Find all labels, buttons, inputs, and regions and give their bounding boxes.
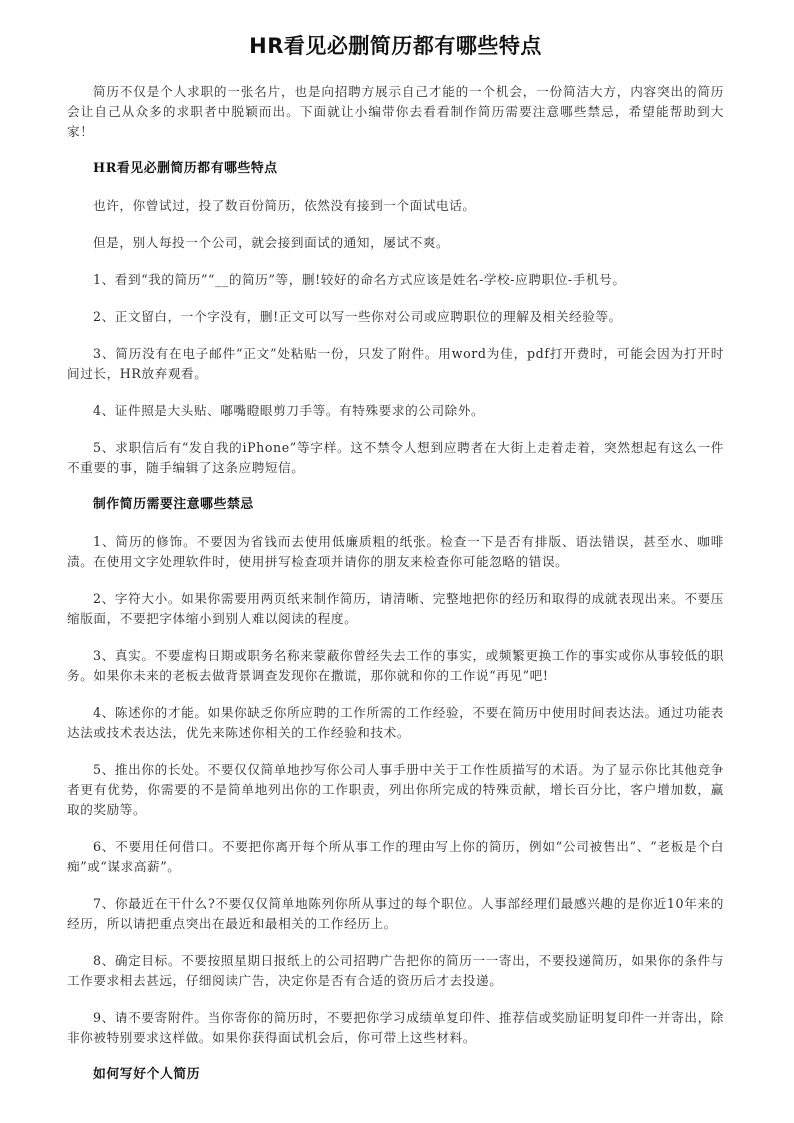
list-item: 6、不要用任何借口。不要把你离开每个所从事工作的理由写上你的简历，例如“公司被售… [67, 837, 724, 877]
list-item: 2、正文留白，一个字没有，删!正文可以写一些你对公司或应聘职位的理解及相关经验等… [67, 307, 724, 327]
section-1: HR看见必删简历都有哪些特点 也许，你曾试过，投了数百份简历，依然没有接到一个面… [67, 159, 724, 478]
section-3: 如何写好个人简历 [67, 1065, 724, 1085]
paragraph: 但是，别人每投一个公司，就会接到面试的通知，屡试不爽。 [67, 233, 724, 253]
section-heading: HR看见必删简历都有哪些特点 [67, 159, 724, 179]
list-item: 4、陈述你的才能。如果你缺乏你所应聘的工作所需的工作经验，不要在简历中使用时间表… [67, 703, 724, 743]
document-page: HR看见必删简历都有哪些特点 简历不仅是个人求职的一张名片，也是向招聘方展示自己… [67, 30, 724, 1102]
section-heading: 如何写好个人简历 [67, 1065, 724, 1085]
list-item: 1、看到“我的简历”“__的简历”等，删!较好的命名方式应该是姓名-学校-应聘职… [67, 270, 724, 290]
section-2: 制作简历需要注意哪些禁忌 1、简历的修饰。不要因为省钱而去使用低廉质粗的纸张。检… [67, 495, 724, 1048]
document-title: HR看见必删简历都有哪些特点 [67, 30, 724, 62]
section-heading: 制作简历需要注意哪些禁忌 [67, 495, 724, 515]
list-item: 9、请不要寄附件。当你寄你的简历时，不要把你学习成绩单复印件、推荐信或奖励证明复… [67, 1008, 724, 1048]
list-item: 2、字符大小。如果你需要用两页纸来制作简历，请清晰、完整地把你的经历和取得的成就… [67, 589, 724, 629]
intro-paragraph: 简历不仅是个人求职的一张名片，也是向招聘方展示自己才能的一个机会，一份简洁大方，… [67, 82, 724, 142]
list-item: 1、简历的修饰。不要因为省钱而去使用低廉质粗的纸张。检查一下是否有排版、语法错误… [67, 532, 724, 572]
paragraph: 也许，你曾试过，投了数百份简历，依然没有接到一个面试电话。 [67, 196, 724, 216]
list-item: 8、确定目标。不要按照星期日报纸上的公司招聘广告把你的简历一一寄出，不要投递简历… [67, 951, 724, 991]
list-item: 5、推出你的长处。不要仅仅简单地抄写你公司人事手册中关于工作性质描写的术语。为了… [67, 760, 724, 820]
list-item: 3、简历没有在电子邮件“正文”处粘贴一份，只发了附件。用word为佳，pdf打开… [67, 344, 724, 384]
list-item: 3、真实。不要虚构日期或职务名称来蒙蔽你曾经失去工作的事实，或频繁更换工作的事实… [67, 646, 724, 686]
list-item: 4、证件照是大头贴、嘟嘴瞪眼剪刀手等。有特殊要求的公司除外。 [67, 401, 724, 421]
list-item: 7、你最近在干什么?不要仅仅简单地陈列你所从事过的每个职位。人事部经理们最感兴趣… [67, 894, 724, 934]
list-item: 5、求职信后有“发自我的iPhone”等字样。这不禁令人想到应聘者在大街上走着走… [67, 438, 724, 478]
